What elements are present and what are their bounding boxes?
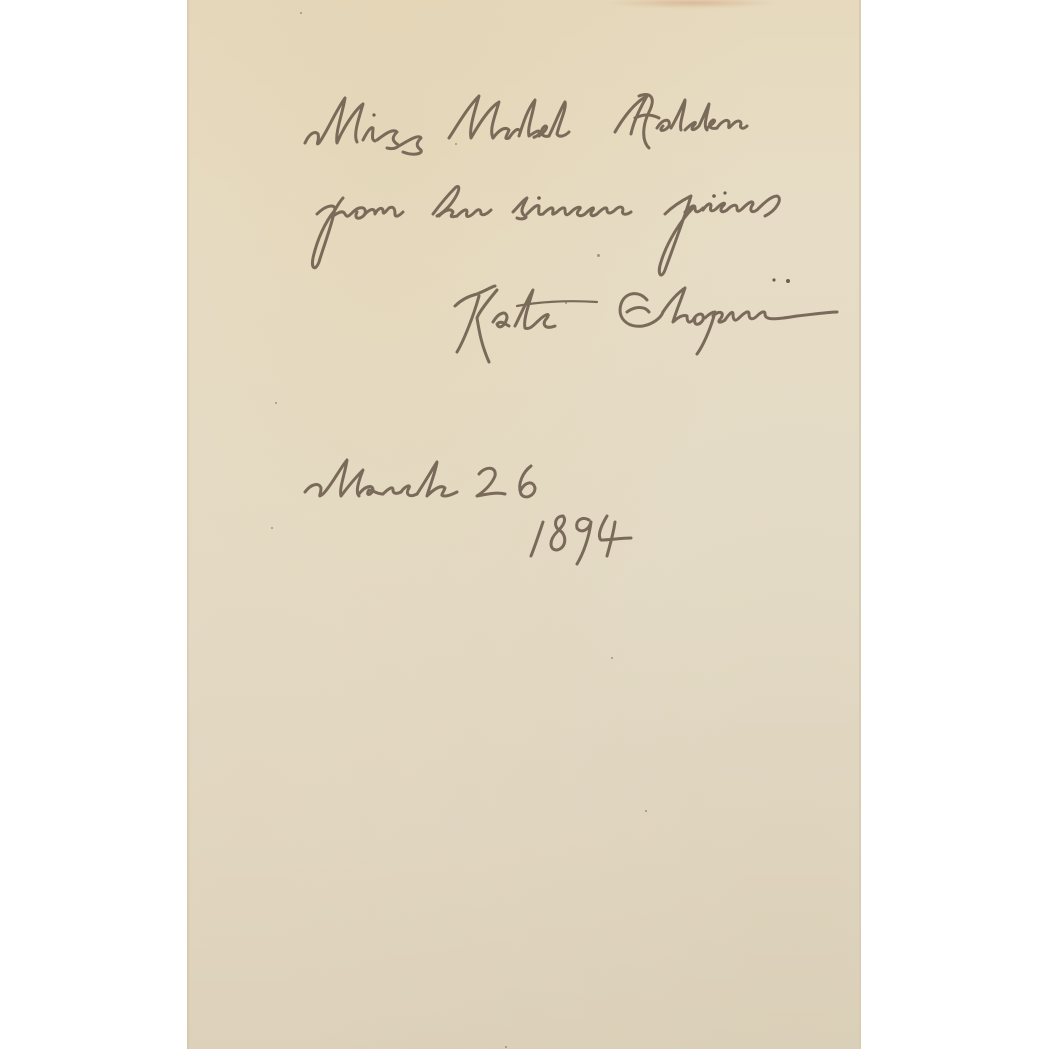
- inscription-line-from-her-sincere-friend: [312, 186, 779, 281]
- inscription-date-march-26: [305, 460, 535, 497]
- signature-kate-chopin: [455, 279, 837, 362]
- book-flyleaf-page: Miss Mabel Holden from her sincere frien…: [187, 0, 861, 1049]
- handwritten-inscription: [187, 0, 861, 1049]
- inscription-year-1894: [531, 516, 631, 564]
- image-canvas: Miss Mabel Holden from her sincere frien…: [0, 0, 1049, 1049]
- inscription-line-miss-mabel-holden: [305, 95, 747, 155]
